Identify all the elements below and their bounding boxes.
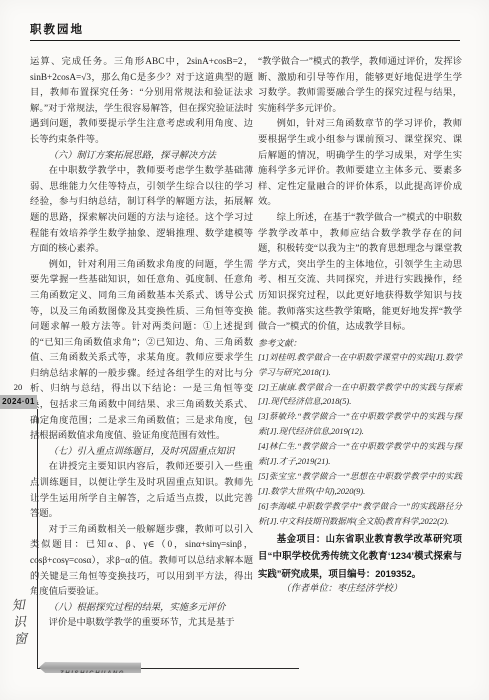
right-column: “教学做合一”模式的教学，教师通过评价，发挥诊断、激励和引导等作用，能够更好地促… — [258, 55, 462, 598]
paragraph: 综上所述，在基于“教学做合一”模式的中职数学教学改革中，教师应结合数学教学存在的… — [258, 211, 462, 336]
reference-item: [5]张宝宝.“教学做合一”思想在中职数学教学中的实践[J].数学大世界(中旬)… — [258, 470, 462, 500]
reference-item: [4]林仁生.“教学做合一”在中职数学教学中的实践与探索[J].才子,2019(… — [258, 440, 462, 470]
paragraph: 例如，针对利用三角函数求角度的问题，学生需要先掌握一些基础知识，如任意角、弧度制… — [30, 258, 253, 445]
section-heading: （七）引入重点训练题目，及时巩固重点知识 — [30, 445, 253, 461]
fund-note: 基金项目：山东省职业教育教学改革研究项目“中职学校优秀传统文化教育‘1234’模… — [258, 530, 462, 583]
paragraph: 评价是中职数学教学的重要环节，尤其是基于 — [30, 616, 253, 632]
paragraph: 对于三角函数相关一般解题步骤，教师可以引入类似题目：已知α、β、γ∈（0，sin… — [30, 523, 253, 601]
reference-item: [2]王康康.教学做合一在中职数学教学中的实践与探索[J].现代经济信息,201… — [258, 381, 462, 411]
sidebar-vertical-rule — [37, 409, 39, 669]
references-title: 参考文献： — [258, 336, 462, 351]
reference-item: [6]李海嵘.中职数学教学中“教学做合一”的实践路径分析[J].中文科技期刊数据… — [258, 500, 462, 530]
section-header: 职教园地 — [30, 21, 84, 37]
paragraph: “教学做合一”模式的教学，教师通过评价，发挥诊断、激励和引导等作用，能够更好地促… — [258, 55, 462, 117]
journal-ribbon-text: ZHISHICHUANG — [55, 669, 125, 680]
journal-ribbon: ZHISHICHUANG — [39, 662, 141, 673]
section-heading: （六）制订方案拓展思路，探寻解决方法 — [30, 149, 253, 165]
journal-page: 职教园地 运算、完成任务。三角形ABC中，2sinA+cosB=2，sinB+2… — [0, 0, 489, 700]
paragraph: 在讲授完主要知识内容后，教师还要引入一些重点训练题目，以便让学生及时巩固重点知识… — [30, 460, 253, 522]
header-rule — [30, 40, 460, 41]
reference-item: [1]刘桂明.教学做合一在中职数学课堂中的实践[J].数学学习与研究,2018(… — [258, 351, 462, 381]
paragraph: 在中职数学教学中，教师要考虑学生数学基础薄弱、思维能力欠佳等特点，引领学生综合以… — [30, 164, 253, 258]
page-number: 20 — [0, 382, 36, 392]
reference-item: [3]蔡敏玲.“教学做合一”在中职数学教学中的实践与探索[J].现代经济信息,2… — [258, 410, 462, 440]
paragraph: 运算、完成任务。三角形ABC中，2sinA+cosB=2，sinB+2cosA=… — [30, 55, 253, 149]
author-affiliation: （作者单位：枣庄经济学校） — [258, 582, 462, 598]
left-column: 运算、完成任务。三角形ABC中，2sinA+cosB=2，sinB+2cosA=… — [30, 55, 253, 632]
journal-name-vertical: 知识窗 — [7, 597, 29, 649]
section-heading: （八）根据探究过程的结果，实施多元评价 — [30, 601, 253, 617]
issue-badge: 2024·01 — [0, 395, 37, 409]
paragraph: 例如，针对三角函数章节的学习评价，教师要根据学生或小组参与课前预习、课堂探究、课… — [258, 117, 462, 211]
